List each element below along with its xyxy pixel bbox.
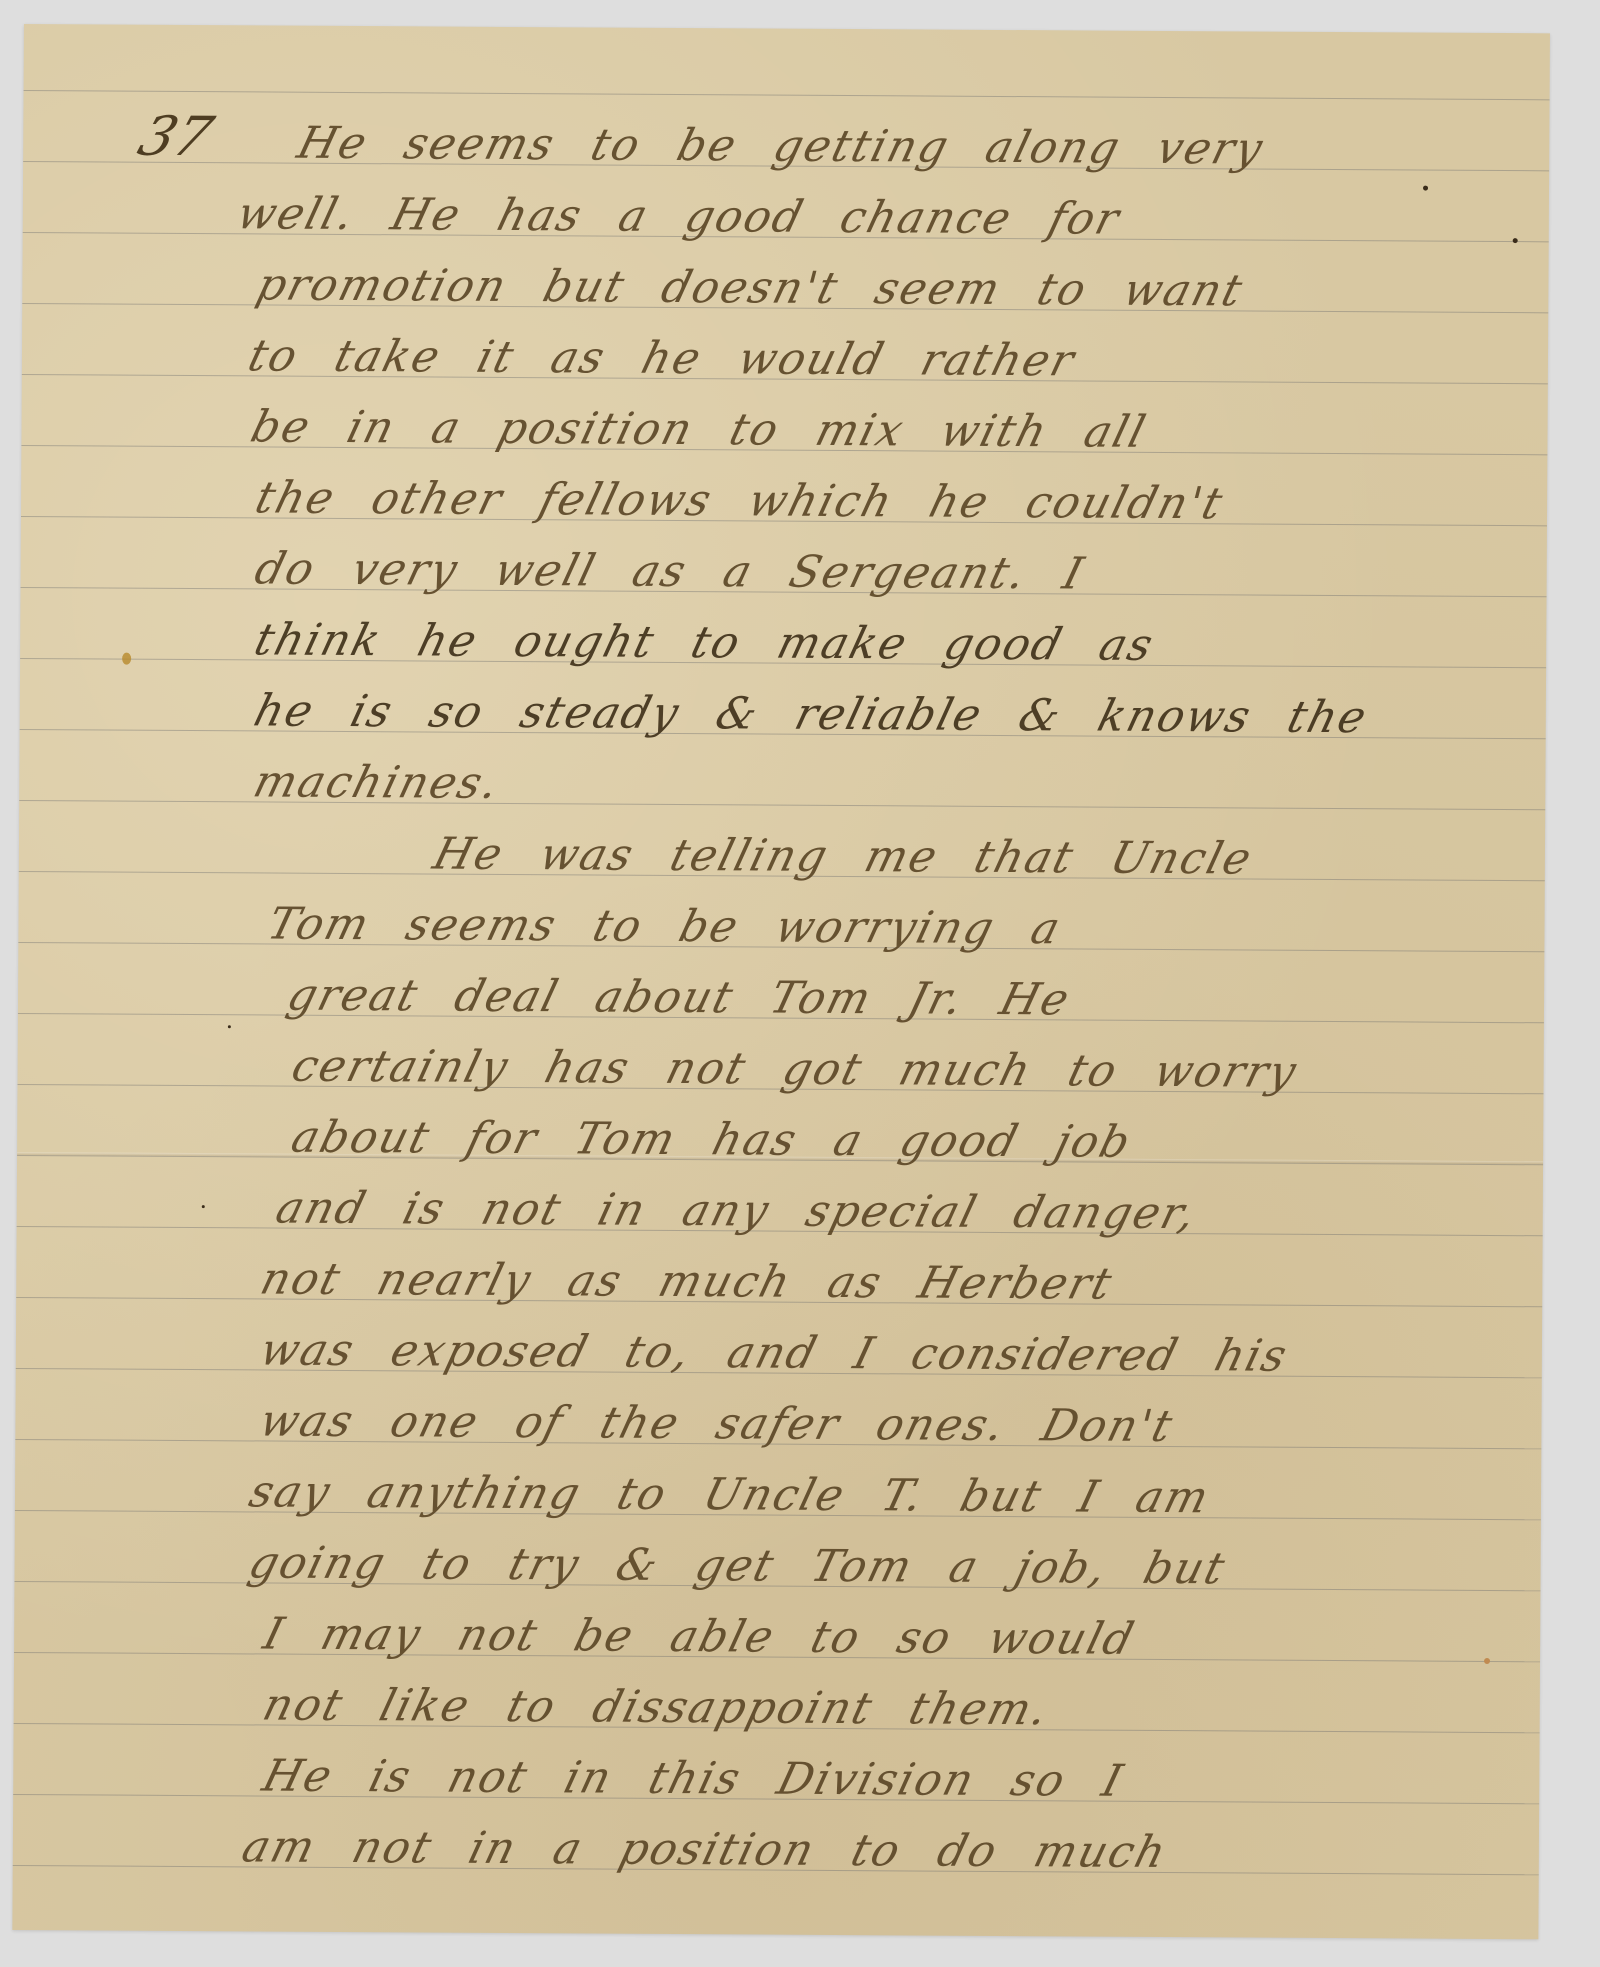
text-line: machines. bbox=[249, 760, 504, 805]
letter-page: 37 He seems to be getting along very wel… bbox=[12, 24, 1550, 1939]
text-line: not nearly as much as Herbert bbox=[256, 1258, 1117, 1307]
text-line: think he ought to make good as bbox=[250, 618, 1159, 667]
text-line: the other fellows which he couldn't bbox=[251, 476, 1228, 526]
text-line: be in a position to mix with all bbox=[246, 405, 1151, 454]
ink-speck bbox=[1423, 186, 1428, 191]
text-line: not like to dissappoint them. bbox=[259, 1684, 1054, 1733]
text-line: do very well as a Sergeant. I bbox=[251, 547, 1090, 596]
text-line: and is not in any special danger, bbox=[272, 1187, 1202, 1237]
text-line: say anything to Uncle T. but I am bbox=[245, 1470, 1215, 1520]
text-line: was exposed to, and I considered his bbox=[256, 1329, 1293, 1379]
text-line: about for Tom has a good job bbox=[287, 1116, 1136, 1165]
text-line: well. He has a good chance for bbox=[233, 192, 1125, 241]
text-line: to take it as he would rather bbox=[244, 334, 1080, 383]
text-line: He is not in this Division so I bbox=[258, 1755, 1128, 1804]
text-line: He was telling me that Uncle bbox=[429, 833, 1257, 882]
ink-speck bbox=[202, 1205, 205, 1208]
text-line: was one of the safer ones. Don't bbox=[255, 1400, 1178, 1450]
ink-speck bbox=[1513, 238, 1518, 243]
text-line: Tom seems to be worrying a bbox=[263, 903, 1066, 952]
handwritten-text: He seems to be getting along very well. … bbox=[12, 24, 1550, 1939]
text-line: he is so steady & reliable & knows the bbox=[250, 689, 1373, 740]
ink-speck bbox=[1484, 1658, 1490, 1664]
stain-mark bbox=[122, 653, 131, 665]
text-line: He seems to be getting along very bbox=[293, 122, 1268, 172]
text-line: great deal about Tom Jr. He bbox=[283, 974, 1075, 1023]
text-line: am not in a position to do much bbox=[238, 1825, 1172, 1875]
text-line: I may not be able to so would bbox=[259, 1613, 1140, 1662]
text-line: certainly has not got much to worry bbox=[288, 1045, 1302, 1095]
ink-speck bbox=[228, 1025, 231, 1028]
text-line: going to try & get Tom a job, but bbox=[244, 1541, 1230, 1591]
text-line: promotion but doesn't seem to want bbox=[252, 263, 1248, 313]
